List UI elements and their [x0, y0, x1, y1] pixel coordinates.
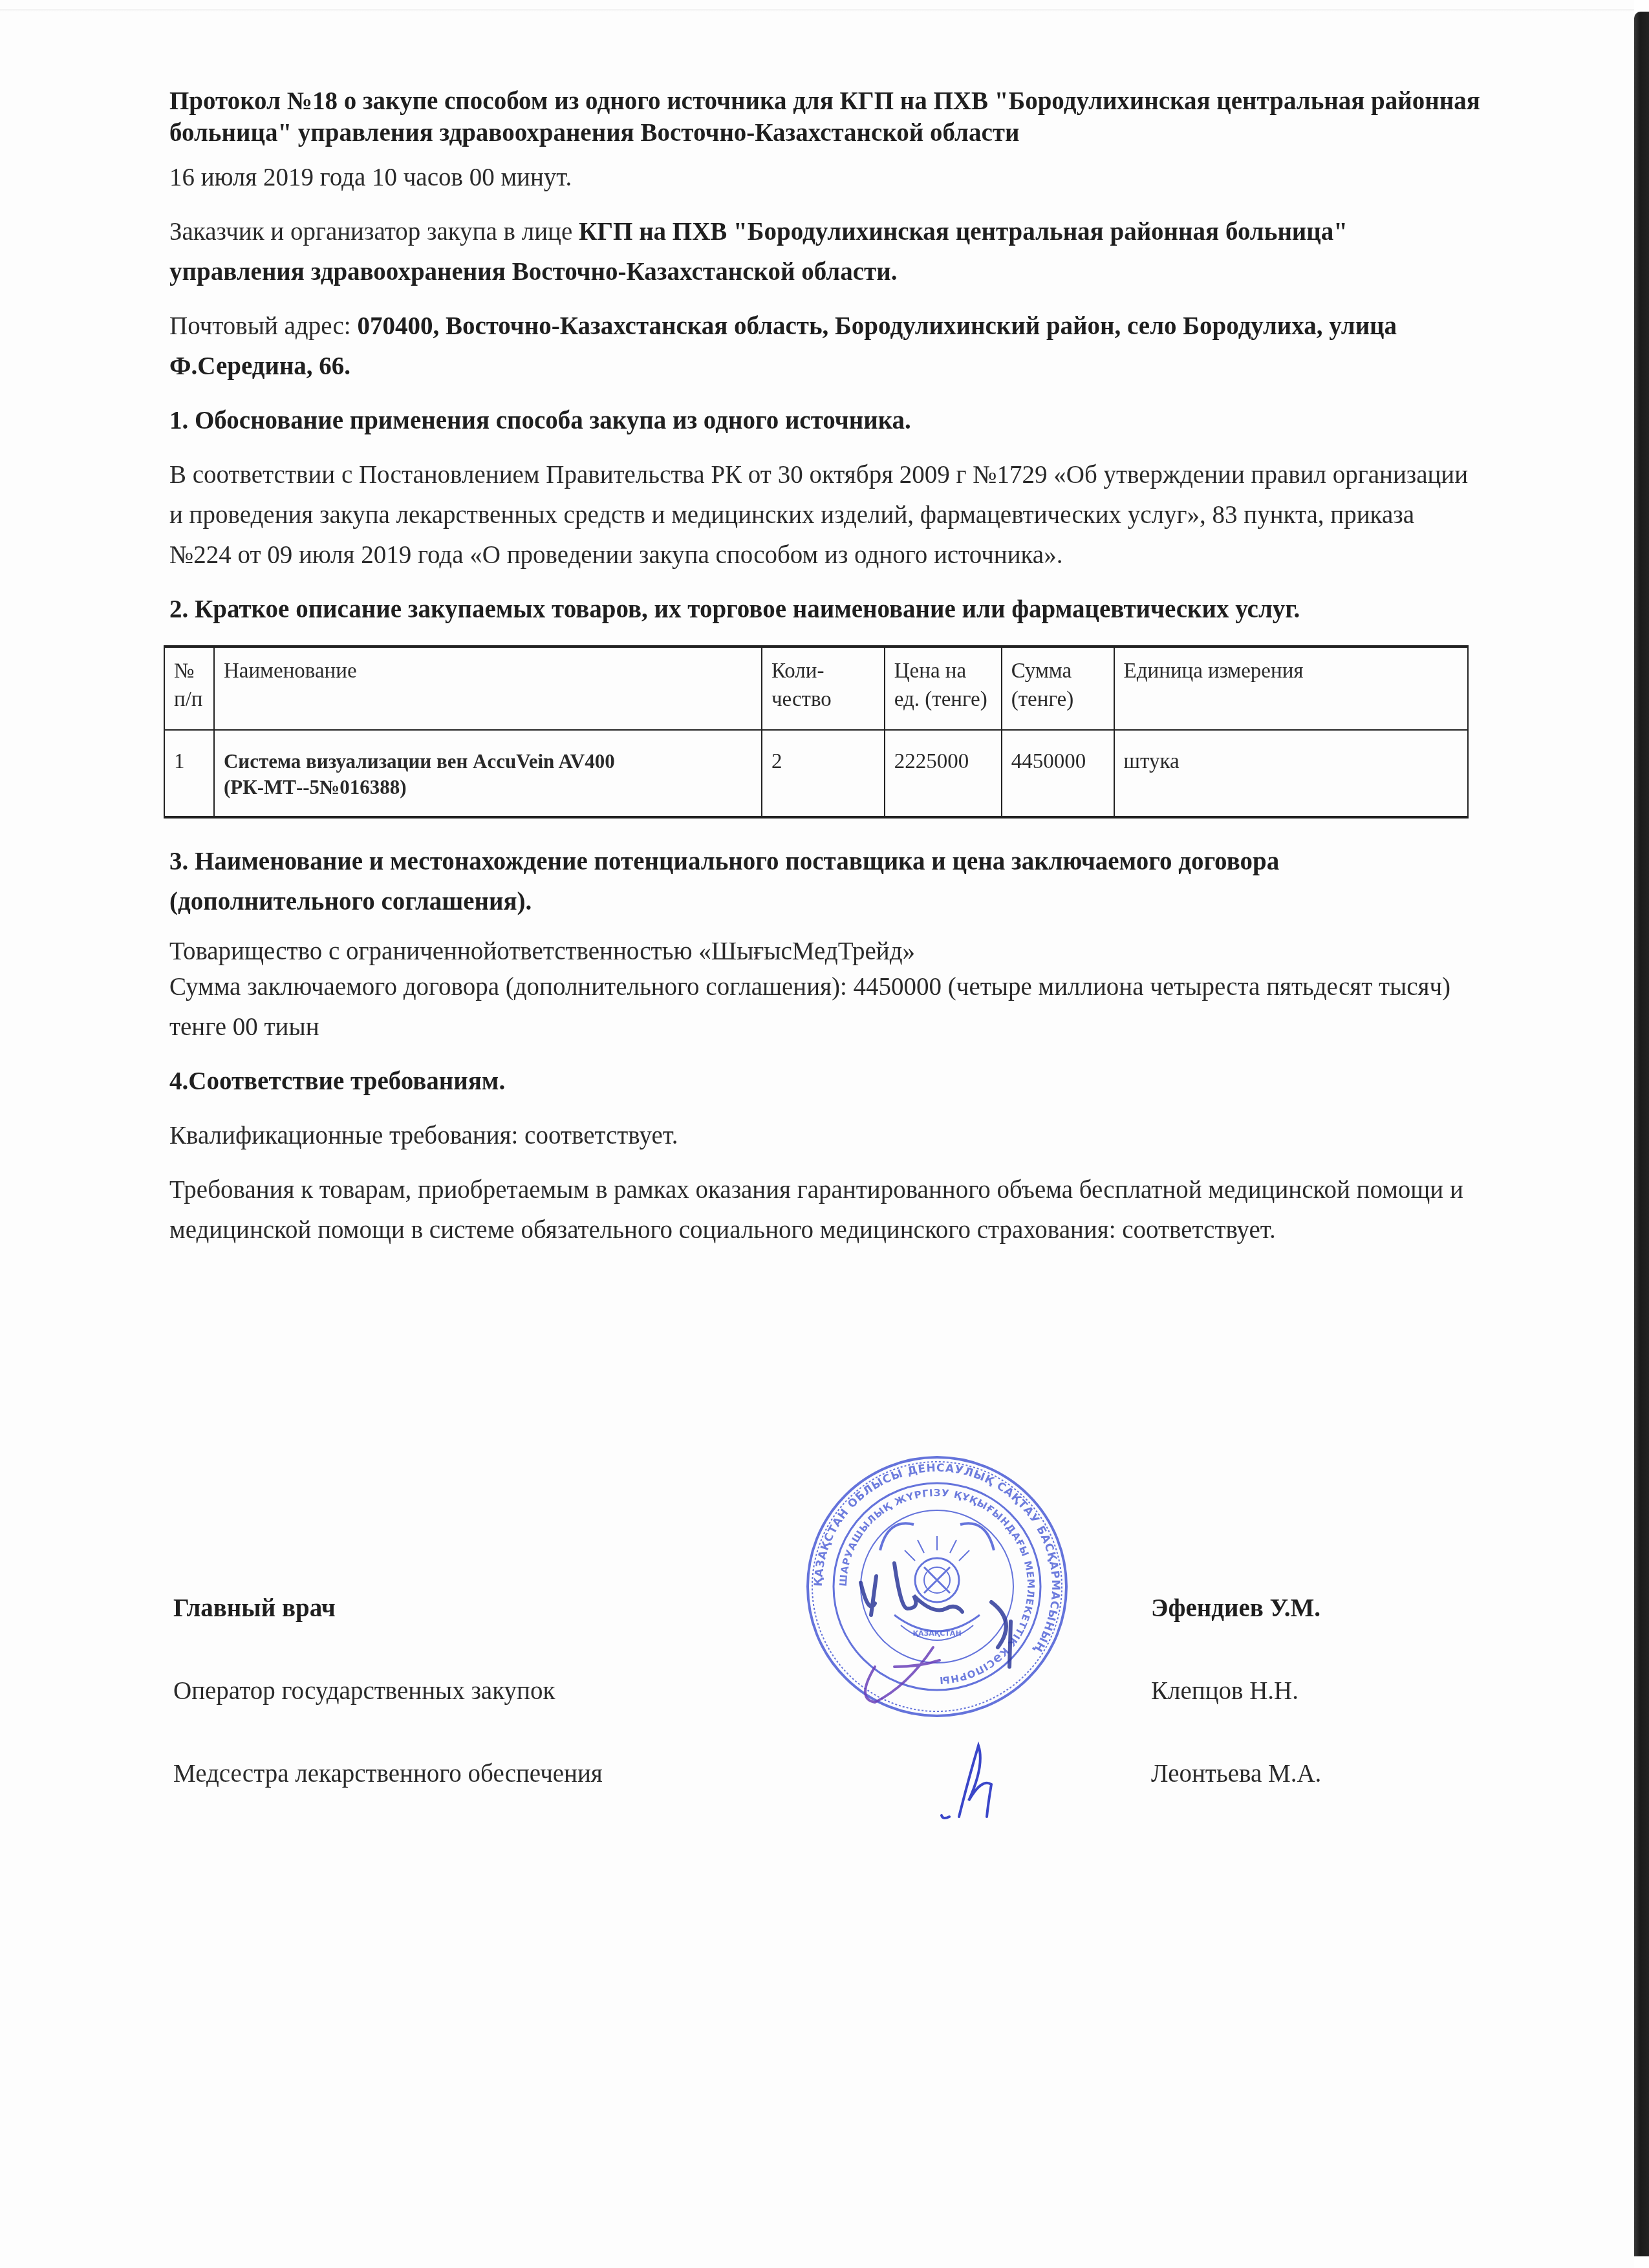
section-1-heading: 1. Обоснование применения способа закупа…	[169, 401, 1482, 441]
cell-unit: штука	[1114, 730, 1468, 817]
scan-top-shadow	[0, 9, 1634, 12]
cell-name-line1: Система визуализации вен AccuVein AV400	[224, 749, 752, 775]
cell-unit-price: 2225000	[885, 730, 1002, 817]
signature-row-chief-doctor: Главный врач Эфендиев У.М.	[173, 1594, 1402, 1676]
signature-name: Леонтьева М.А.	[1151, 1759, 1321, 1788]
header-num: № п/п	[164, 647, 214, 730]
cell-name-line2: (РК-МТ--5№016388)	[224, 775, 752, 800]
document-title: Протокол №18 о закупе способом из одного…	[169, 85, 1482, 149]
signature-row-pharmacy-nurse: Медсестра лекарственного обеспечения Лео…	[173, 1759, 1402, 1842]
scanner-edge-band	[1634, 12, 1649, 2256]
header-unit: Единица измерения	[1114, 647, 1468, 730]
document-datetime: 16 июля 2019 года 10 часов 00 минут.	[169, 158, 1482, 198]
signature-row-procurement-operator: Оператор государственных закупок Клепцов…	[173, 1676, 1402, 1759]
signature-block: Главный врач Эфендиев У.М. Оператор госу…	[173, 1594, 1402, 1842]
section-1-body: В соответствии с Постановлением Правител…	[169, 455, 1482, 575]
header-quantity: Коли-чество	[762, 647, 885, 730]
document-body: Протокол №18 о закупе способом из одного…	[169, 85, 1482, 1265]
header-unit-price: Цена на ед. (тенге)	[885, 647, 1002, 730]
customer-paragraph: Заказчик и организатор закупа в лице КГП…	[169, 212, 1482, 292]
address-label: Почтовый адрес:	[169, 312, 357, 340]
cell-quantity: 2	[762, 730, 885, 817]
header-total: Сумма (тенге)	[1002, 647, 1114, 730]
supplier-name: Товарищество с ограниченнойответственнос…	[169, 936, 1482, 967]
qualification-requirements: Квалификационные требования: соответству…	[169, 1116, 1482, 1156]
table-row: 1 Система визуализации вен AccuVein AV40…	[164, 730, 1468, 817]
cell-num: 1	[164, 730, 214, 817]
cell-total: 4450000	[1002, 730, 1114, 817]
table-header-row: № п/п Наименование Коли-чество Цена на е…	[164, 647, 1468, 730]
header-name: Наименование	[214, 647, 762, 730]
signature-role: Главный врач	[173, 1594, 336, 1623]
scanned-page: Протокол №18 о закупе способом из одного…	[0, 0, 1634, 2268]
cell-name: Система визуализации вен AccuVein AV400 …	[214, 730, 762, 817]
contract-sum: Сумма заключаемого договора (дополнитель…	[169, 967, 1482, 1047]
customer-prefix: Заказчик и организатор закупа в лице	[169, 218, 579, 246]
signature-role: Медсестра лекарственного обеспечения	[173, 1759, 603, 1788]
items-table: № п/п Наименование Коли-чество Цена на е…	[164, 645, 1469, 818]
signature-name: Эфендиев У.М.	[1151, 1594, 1320, 1623]
signature-name: Клепцов Н.Н.	[1151, 1676, 1299, 1706]
section-3-heading: 3. Наименование и местонахождение потенц…	[169, 842, 1482, 922]
address-paragraph: Почтовый адрес: 070400, Восточно-Казахст…	[169, 306, 1482, 387]
section-4-heading: 4.Соответствие требованиям.	[169, 1062, 1482, 1102]
goods-requirements: Требования к товарам, приобретаемым в ра…	[169, 1170, 1482, 1250]
signature-role: Оператор государственных закупок	[173, 1676, 555, 1706]
section-2-heading: 2. Краткое описание закупаемых товаров, …	[169, 590, 1482, 630]
